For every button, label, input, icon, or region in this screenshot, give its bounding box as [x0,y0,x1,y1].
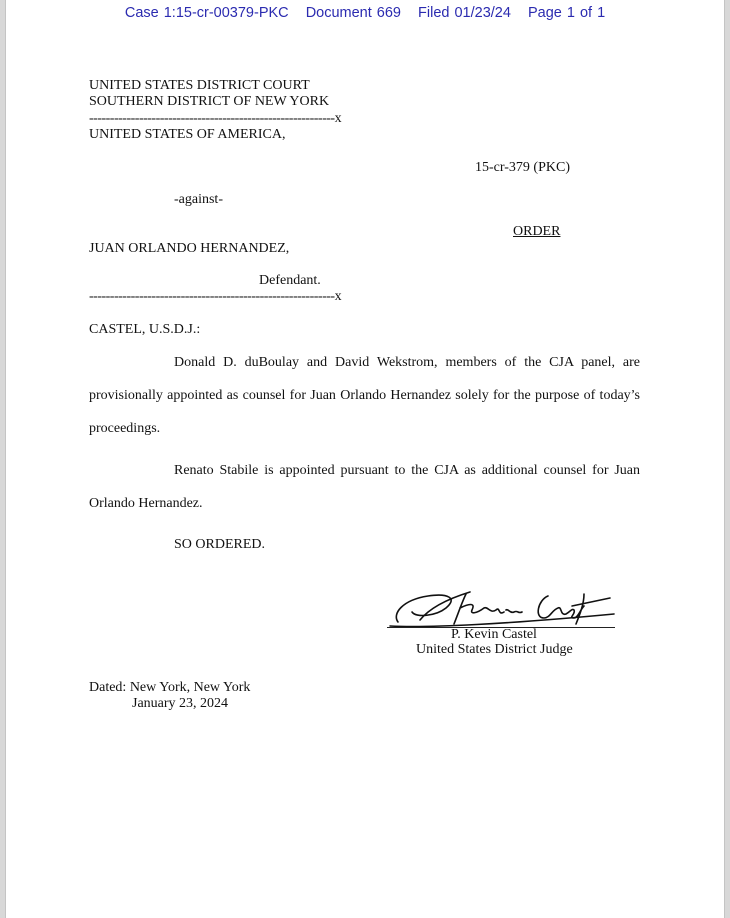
dated-location: Dated: New York, New York [89,680,250,696]
defendant-name: JUAN ORLANDO HERNANDEZ, [89,241,289,257]
defendant-label: Defendant. [259,273,321,289]
page-count-header: Page 1 of 1 [528,5,605,21]
judge-title: United States District Judge [416,642,573,658]
case-docket-number: 15-cr-379 (PKC) [475,160,570,176]
page-edge-right [724,0,730,918]
dated-date: January 23, 2024 [132,696,228,712]
plaintiff-name: UNITED STATES OF AMERICA, [89,127,285,143]
judge-heading: CASTEL, U.S.D.J.: [89,322,200,338]
against-label: -against- [174,192,223,208]
caption-divider-top: ----------------------------------------… [89,111,341,127]
case-number-header: Case 1:15-cr-00379-PKC [125,5,289,21]
court-name-line1: UNITED STATES DISTRICT COURT [89,78,310,94]
judge-signature-icon [388,584,618,632]
document-number-header: Document 669 [306,5,401,21]
document-title: ORDER [513,224,560,240]
filed-date-header: Filed 01/23/24 [418,5,511,21]
ecf-header: Case 1:15-cr-00379-PKC Document 669 File… [0,5,730,21]
order-paragraph-1: Donald D. duBoulay and David Wekstrom, m… [89,346,640,445]
page-edge-left [0,0,6,918]
order-paragraph-2: Renato Stabile is appointed pursuant to … [89,454,640,520]
judge-name: P. Kevin Castel [451,627,537,643]
caption-divider-bottom: ----------------------------------------… [89,289,341,305]
so-ordered: SO ORDERED. [174,537,265,553]
court-name-line2: SOUTHERN DISTRICT OF NEW YORK [89,94,329,110]
